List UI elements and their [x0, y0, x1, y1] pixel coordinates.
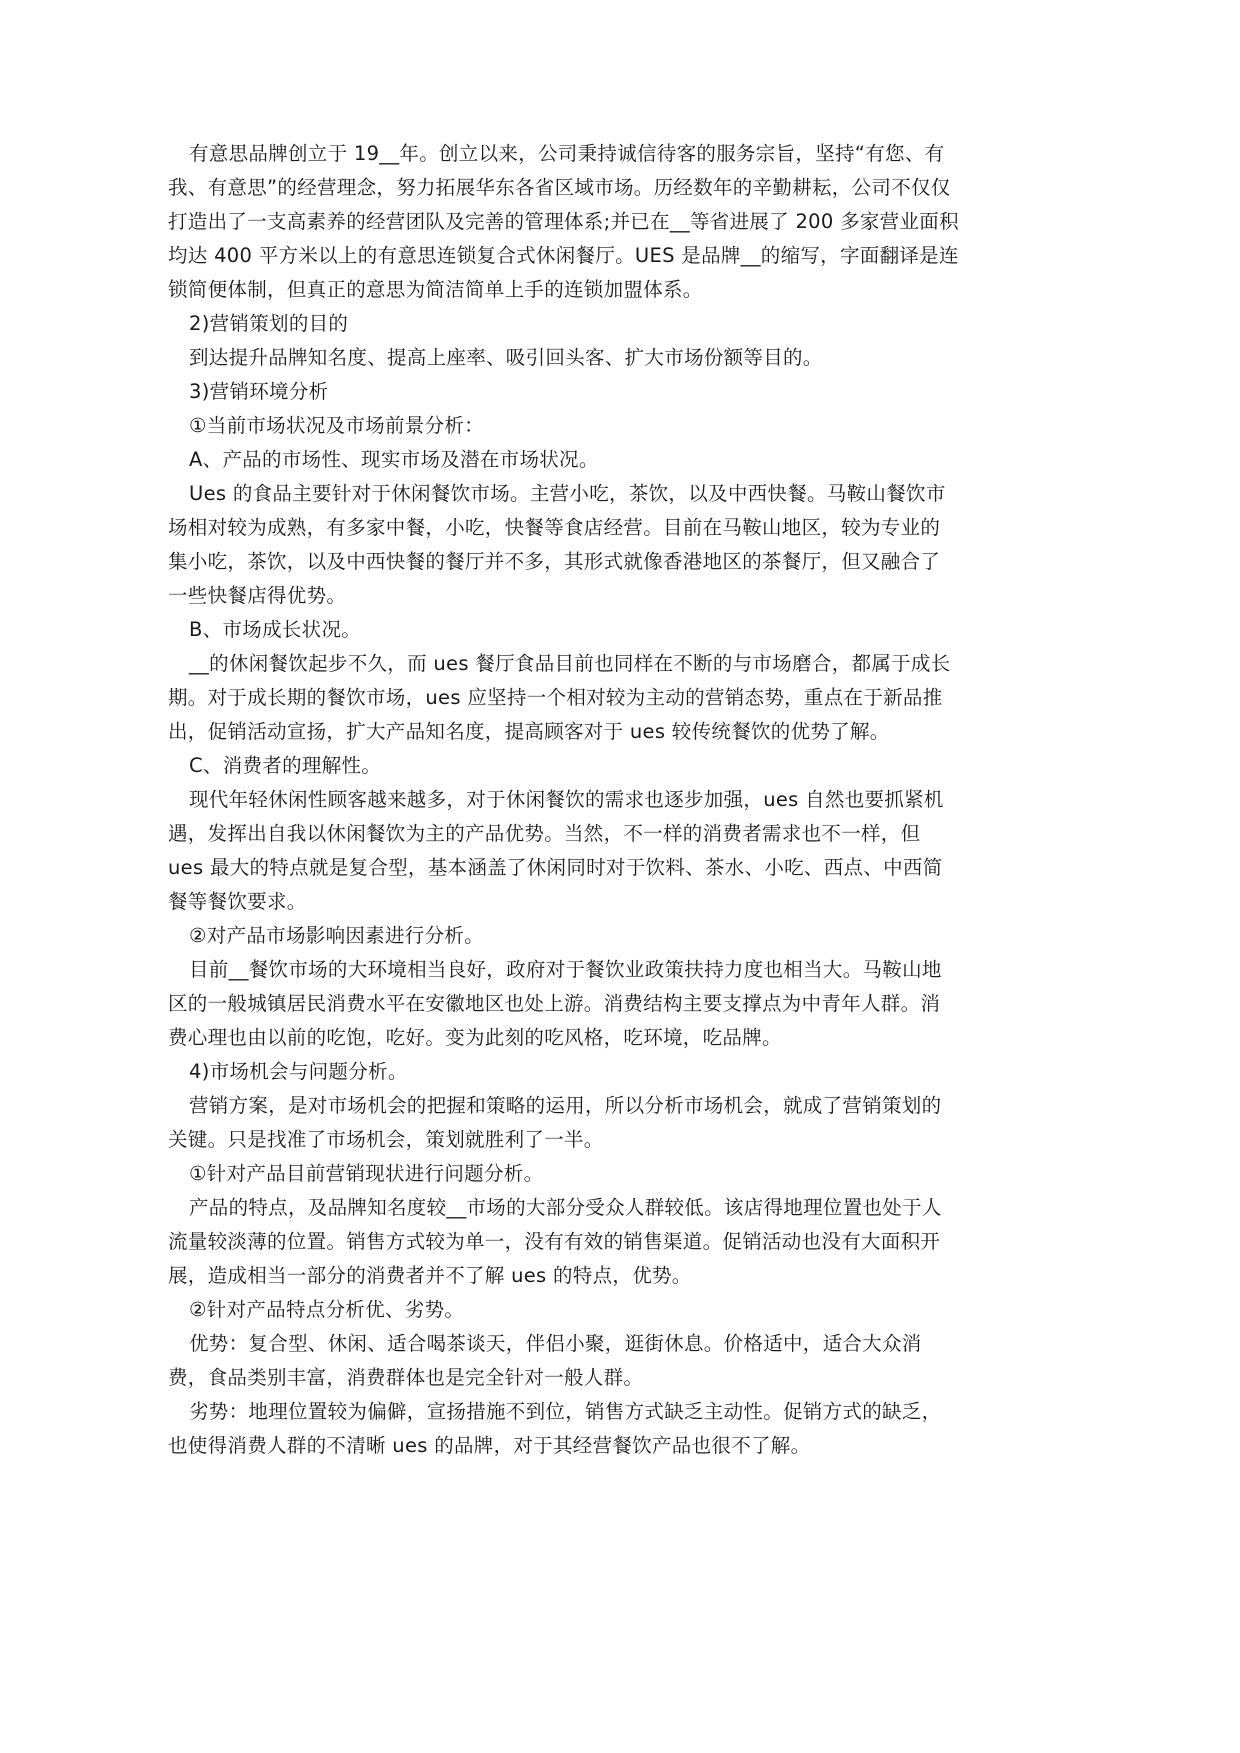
paragraph-sub-4-2: ②针对产品特点分析优、劣势。 — [168, 1293, 1058, 1327]
paragraph-para-2: 目前__餐饮市场的大环境相当良好，政府对于餐饮业政策扶持力度也相当大。马鞍山地区… — [168, 953, 1058, 1055]
paragraph-line: 展，造成相当一部分的消费者并不了解 ues 的特点，优势。 — [168, 1259, 1058, 1293]
paragraph-line: 区的一般城镇居民消费水平在安徽地区也处上游。消费结构主要支撑点为中青年人群。消 — [168, 987, 1058, 1021]
paragraph-first-line: 有意思品牌创立于 19__年。创立以来，公司秉持诚信待客的服务宗旨，坚持“有您、… — [168, 137, 1058, 171]
paragraph-line: 出，促销活动宣扬，扩大产品知名度，提高顾客对于 ues 较传统餐饮的优势了解。 — [168, 715, 1058, 749]
paragraph-line: 餐等餐饮要求。 — [168, 885, 1058, 919]
paragraph-sub-b: B、市场成长状况。 — [168, 613, 1058, 647]
paragraph-first-line: 现代年轻休闲性顾客越来越多，对于休闲餐饮的需求也逐步加强，ues 自然也要抓紧机 — [168, 783, 1058, 817]
paragraph-line: 费，食品类别丰富，消费群体也是完全针对一般人群。 — [168, 1361, 1058, 1395]
paragraph-para-c: 现代年轻休闲性顾客越来越多，对于休闲餐饮的需求也逐步加强，ues 自然也要抓紧机… — [168, 783, 1058, 919]
paragraph-first-line: Ues 的食品主要针对于休闲餐饮市场。主营小吃，茶饮，以及中西快餐。马鞍山餐饮市 — [168, 477, 1058, 511]
paragraph-line: 锁简便体制，但真正的意思为简洁简单上手的连锁加盟体系。 — [168, 273, 1058, 307]
paragraph-para-a: Ues 的食品主要针对于休闲餐饮市场。主营小吃，茶饮，以及中西快餐。马鞍山餐饮市… — [168, 477, 1058, 613]
paragraph-line: 遇，发挥出自我以休闲餐饮为主的产品优势。当然，不一样的消费者需求也不一样，但 — [168, 817, 1058, 851]
paragraph-sub-a: A、产品的市场性、现实市场及潜在市场状况。 — [168, 443, 1058, 477]
paragraph-first-line: __的休闲餐饮起步不久，而 ues 餐厅食品目前也同样在不断的与市场磨合，都属于… — [168, 647, 1058, 681]
paragraph-strengths: 优势：复合型、休闲、适合喝茶谈天，伴侣小聚，逛街休息。价格适中，适合大众消费，食… — [168, 1327, 1058, 1395]
paragraph-first-line: ①针对产品目前营销现状进行问题分析。 — [168, 1157, 1058, 1191]
paragraph-sub-c: C、消费者的理解性。 — [168, 749, 1058, 783]
paragraph-first-line: 目前__餐饮市场的大环境相当良好，政府对于餐饮业政策扶持力度也相当大。马鞍山地 — [168, 953, 1058, 987]
paragraph-first-line: 营销方案，是对市场机会的把握和策略的运用，所以分析市场机会，就成了营销策划的 — [168, 1089, 1058, 1123]
document-page: 有意思品牌创立于 19__年。创立以来，公司秉持诚信待客的服务宗旨，坚持“有您、… — [0, 0, 1240, 1753]
paragraph-line: ues 最大的特点就是复合型，基本涵盖了休闲同时对于饮料、茶水、小吃、西点、中西… — [168, 851, 1058, 885]
paragraph-first-line: 2)营销策划的目的 — [168, 307, 1058, 341]
paragraph-sub-4-1: ①针对产品目前营销现状进行问题分析。 — [168, 1157, 1058, 1191]
paragraph-sub-1: ①当前市场状况及市场前景分析： — [168, 409, 1058, 443]
paragraph-first-line: 优势：复合型、休闲、适合喝茶谈天，伴侣小聚，逛街休息。价格适中，适合大众消 — [168, 1327, 1058, 1361]
paragraph-first-line: 劣势：地理位置较为偏僻，宣扬措施不到位，销售方式缺乏主动性。促销方式的缺乏， — [168, 1395, 1058, 1429]
paragraph-line: 集小吃，茶饮，以及中西快餐的餐厅并不多，其形式就像香港地区的茶餐厅，但又融合了 — [168, 545, 1058, 579]
paragraph-first-line: B、市场成长状况。 — [168, 613, 1058, 647]
paragraph-line: 流量较淡薄的位置。销售方式较为单一，没有有效的销售渠道。促销活动也没有大面积开 — [168, 1225, 1058, 1259]
paragraph-first-line: 产品的特点，及品牌知名度较__市场的大部分受众人群较低。该店得地理位置也处于人 — [168, 1191, 1058, 1225]
document-body: 有意思品牌创立于 19__年。创立以来，公司秉持诚信待客的服务宗旨，坚持“有您、… — [168, 137, 1058, 1463]
paragraph-line: 我、有意思”的经营理念，努力拓展华东各省区域市场。历经数年的辛勤耕耘，公司不仅仅 — [168, 171, 1058, 205]
paragraph-line: 一些快餐店得优势。 — [168, 579, 1058, 613]
paragraph-line: 场相对较为成熟，有多家中餐，小吃，快餐等食店经营。目前在马鞍山地区，较为专业的 — [168, 511, 1058, 545]
paragraph-first-line: ①当前市场状况及市场前景分析： — [168, 409, 1058, 443]
paragraph-para-4: 营销方案，是对市场机会的把握和策略的运用，所以分析市场机会，就成了营销策划的关键… — [168, 1089, 1058, 1157]
paragraph-line: 均达 400 平方米以上的有意思连锁复合式休闲餐厅。UES 是品牌__的缩写，字… — [168, 239, 1058, 273]
paragraph-heading-4: 4)市场机会与问题分析。 — [168, 1055, 1058, 1089]
paragraph-first-line: A、产品的市场性、现实市场及潜在市场状况。 — [168, 443, 1058, 477]
paragraph-heading-2: 2)营销策划的目的 — [168, 307, 1058, 341]
paragraph-purpose: 到达提升品牌知名度、提高上座率、吸引回头客、扩大市场份额等目的。 — [168, 341, 1058, 375]
paragraph-line: 也使得消费人群的不清晰 ues 的品牌，对于其经营餐饮产品也很不了解。 — [168, 1429, 1058, 1463]
paragraph-para-b: __的休闲餐饮起步不久，而 ues 餐厅食品目前也同样在不断的与市场磨合，都属于… — [168, 647, 1058, 749]
paragraph-heading-3: 3)营销环境分析 — [168, 375, 1058, 409]
paragraph-line: 关键。只是找准了市场机会，策划就胜利了一半。 — [168, 1123, 1058, 1157]
paragraph-first-line: 到达提升品牌知名度、提高上座率、吸引回头客、扩大市场份额等目的。 — [168, 341, 1058, 375]
paragraph-line: 期。对于成长期的餐饮市场，ues 应坚持一个相对较为主动的营销态势，重点在于新品… — [168, 681, 1058, 715]
paragraph-first-line: 4)市场机会与问题分析。 — [168, 1055, 1058, 1089]
paragraph-para-4-1: 产品的特点，及品牌知名度较__市场的大部分受众人群较低。该店得地理位置也处于人流… — [168, 1191, 1058, 1293]
paragraph-first-line: 3)营销环境分析 — [168, 375, 1058, 409]
paragraph-line: 打造出了一支高素养的经营团队及完善的管理体系;并已在__等省进展了 200 多家… — [168, 205, 1058, 239]
paragraph-first-line: ②针对产品特点分析优、劣势。 — [168, 1293, 1058, 1327]
paragraph-sub-2: ②对产品市场影响因素进行分析。 — [168, 919, 1058, 953]
paragraph-first-line: C、消费者的理解性。 — [168, 749, 1058, 783]
paragraph-weaknesses: 劣势：地理位置较为偏僻，宣扬措施不到位，销售方式缺乏主动性。促销方式的缺乏，也使… — [168, 1395, 1058, 1463]
paragraph-line: 费心理也由以前的吃饱，吃好。变为此刻的吃风格，吃环境，吃品牌。 — [168, 1021, 1058, 1055]
paragraph-first-line: ②对产品市场影响因素进行分析。 — [168, 919, 1058, 953]
paragraph-brand-intro: 有意思品牌创立于 19__年。创立以来，公司秉持诚信待客的服务宗旨，坚持“有您、… — [168, 137, 1058, 307]
